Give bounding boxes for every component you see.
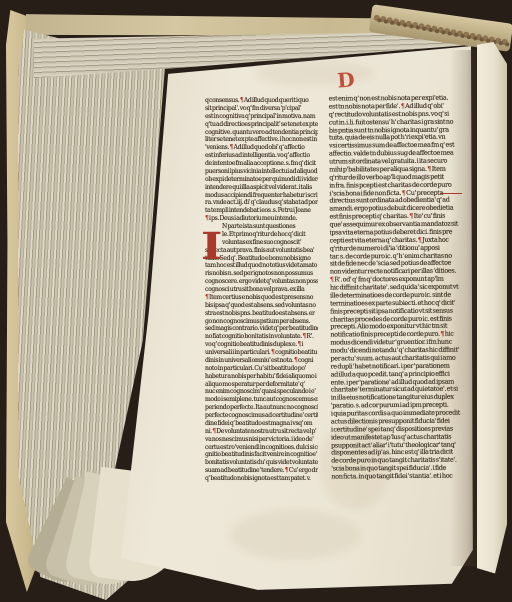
- pilcrow-rubric: ¶: [294, 357, 298, 364]
- rubric-underline: [441, 193, 462, 194]
- pilcrow-rubric: ¶: [271, 349, 275, 356]
- pilcrow-rubric: ¶: [401, 102, 405, 109]
- text-line: va nos nescimus nisi per victoria. i ide…: [205, 436, 318, 444]
- parchment-stain: [230, 510, 360, 560]
- text-line: q' beatitudo nobis ignota est tam patet.…: [205, 475, 318, 483]
- pilcrow-rubric: ¶: [205, 294, 209, 301]
- pilcrow-rubric: ¶: [440, 331, 444, 338]
- text-line: sit principal'. vo q' fm diversa 'p'cipa…: [205, 105, 318, 113]
- text-line: cognosci utru sit bona vel prava. ex ill…: [205, 286, 318, 294]
- text-column-left: q consensus. ¶ Ad illud quod querit i qu…: [205, 97, 318, 487]
- pilcrow-rubric: ¶: [409, 213, 413, 220]
- text-line: 'veniens. ¶ Ad illud quod obi' q' affect…: [205, 144, 318, 152]
- text-line: habetur a nobis per habitu' fidei aliquo…: [205, 373, 318, 381]
- text-line: vo q' cognitio beatitudinis duplex e. ¶ …: [205, 341, 318, 349]
- text-line: go non cognoscimus pstium per absens.: [205, 318, 318, 326]
- pilcrow-rubric: ¶: [330, 276, 334, 284]
- text-line: ni. ¶ De voluntate nostra utru sit recta…: [205, 428, 318, 436]
- pilcrow-rubric: ¶: [402, 189, 406, 196]
- text-line: no fiat cognitio bonitatis in voluntate.…: [205, 333, 318, 341]
- pilcrow-rubric: ¶: [302, 333, 306, 340]
- text-line: bis ipsa q' quod est absens. sed volunta…: [205, 302, 318, 310]
- text-line: dine fidei q' beatitudo est magna i vsq'…: [205, 420, 318, 428]
- text-line: certu est ro'veniendi in cognitioes. dul…: [205, 444, 318, 452]
- text-line: dinis in universali omniu' est nota. ¶ c…: [205, 357, 318, 365]
- pilcrow-rubric: ¶: [285, 467, 289, 474]
- text-line: ris nobis n. sed per ignotos non possumu…: [205, 270, 318, 278]
- pilcrow-rubric: ¶: [230, 144, 234, 151]
- text-column-right: est enim q' non est nobis nota per expi'…: [329, 95, 467, 488]
- text-line: sed magis contrario. videt q' per beatit…: [205, 325, 318, 333]
- text-line: de intentoe fm alia acceptione. s. fm q'…: [205, 160, 318, 168]
- text-line: ra. vnde act.iij. di' q' claudus q' stab…: [205, 199, 318, 207]
- folio-quire-mark: D: [330, 67, 362, 95]
- pilcrow-rubric: ¶: [427, 165, 431, 172]
- text-line: universali i in particulari. ¶ cognitio …: [205, 349, 318, 357]
- text-line: nuc enim cognoscim' quasi speculando i e…: [205, 388, 318, 396]
- red-lombard-initial: I: [201, 225, 222, 269]
- text-line: non ficta. in quo tangit fidei 'stantia'…: [331, 473, 466, 482]
- pilcrow-rubric: ¶: [212, 428, 216, 435]
- text-line: suam ad beatitudine' tendere. ¶ Cu' ergo…: [205, 467, 318, 475]
- text-line: perfecte cognoscimus ad certitudine' cer…: [205, 412, 318, 420]
- text-line: ¶ Item certius e nobis quod est presens …: [205, 294, 318, 302]
- facing-page-edge: [477, 42, 507, 590]
- text-line: est inferius ad intelligentia. vo q' aff…: [205, 152, 318, 160]
- text-line: cognoscere. ergo videt q' voluntas non p…: [205, 278, 318, 286]
- text-line: modus accipiendi frequenter habetur i sc…: [205, 192, 318, 200]
- text-line: ob expi determinatoe per qui modi di i v…: [205, 176, 318, 184]
- text-line: puersoni ipius vicinia intellectui ad al…: [205, 168, 318, 176]
- text-line: stra est nobis pns. beatitudo est absens…: [205, 310, 318, 318]
- text-line: gnitio beatitudinis facit venire in cogn…: [205, 451, 318, 459]
- text-line: aliquo mo speratur per deformitate' q': [205, 381, 318, 389]
- pilcrow-rubric: ¶: [240, 97, 244, 104]
- text-line: q'tu ad directioes principalit' se tenet…: [205, 121, 318, 129]
- pilcrow-rubric: ¶: [205, 215, 209, 222]
- pilcrow-rubric: ¶: [297, 341, 301, 348]
- pilcrow-rubric: ¶: [418, 236, 422, 243]
- text-line: liter se tenet ex pte affective. i hoc n…: [205, 136, 318, 144]
- text-line: q consensus. ¶ Ad illud quod querit i qu…: [205, 97, 318, 105]
- text-line: noto in particulari. Cu' sit beatitudo p…: [205, 365, 318, 373]
- text-line: cognitive. quantu vero ad tendentia prin…: [205, 129, 318, 137]
- text-line: ¶ i ps. Deus i adiutoriu meu intende.: [205, 215, 318, 223]
- book-photograph: D q consensus. ¶ Ad illud quod querit i …: [0, 0, 512, 602]
- text-line: intendere qui illa aspicit vel viderat. …: [205, 184, 318, 192]
- text-line: periendo perfecte. Ita aut nunc no cogno…: [205, 404, 318, 412]
- text-line: est in cognitiva q' principal' in motiva…: [205, 113, 318, 121]
- text-line: ta templi intendebat i eos .s. Petru i J…: [205, 207, 318, 215]
- text-line: modo i semiplene. tunc aut cognoscemus e…: [205, 396, 318, 404]
- text-line: bonitatis voluntatis du' quis videt volu…: [205, 459, 318, 467]
